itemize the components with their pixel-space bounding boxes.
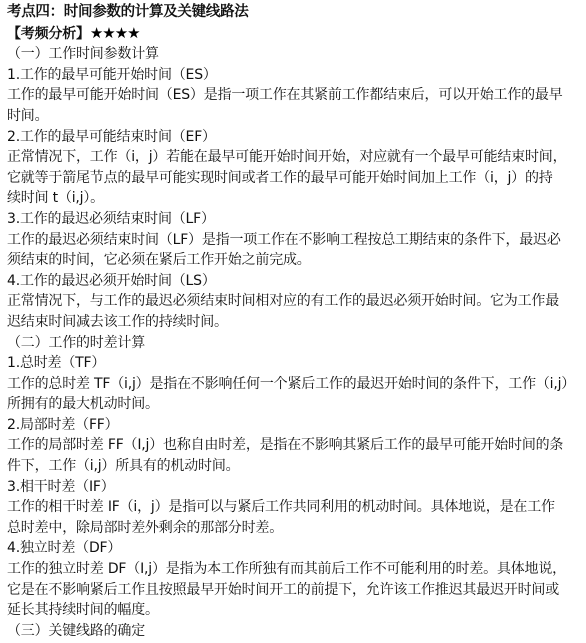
paragraph-line: 工作的最迟必须结束时间（LF）是指一项工作在不影响工程按总工期结束的条件下，最迟… — [7, 230, 580, 251]
document-page: 考点四：时间参数的计算及关键线路法 【考频分析】★★★★ （一）工作时间参数计算… — [0, 0, 586, 641]
paragraph-line: 它是在不影响紧后工作且按照最早开始时间开工的前提下，允许该工作推迟其最迟开时间或 — [7, 580, 580, 601]
item-heading-tf: 1.总时差（TF） — [7, 353, 580, 374]
paragraph-line: 工作的总时差 TF（i,j）是指在不影响任何一个紧后工作的最迟开始时间的条件下，… — [7, 374, 580, 395]
paragraph-line: 工作的局部时差 FF（I,j）也称自由时差，是指在不影响其紧后工作的最早可能开始… — [7, 435, 580, 456]
item-heading-ff: 2.局部时差（FF） — [7, 415, 580, 436]
paragraph-line: 工作的最早可能开始时间（ES）是指一项工作在其紧前工作都结束后，可以开始工作的最… — [7, 85, 580, 106]
paragraph-line: 续时间 t（i,j）。 — [7, 188, 580, 209]
paragraph-line: 它就等于箭尾节点的最早可能实现时间或者工作的最早可能开始时间加上工作（i，j）的… — [7, 168, 580, 189]
item-heading-lf: 3.工作的最迟必须结束时间（LF） — [7, 209, 580, 230]
paragraph-line: 迟结束时间减去该工作的持续时间。 — [7, 312, 580, 333]
paragraph-line: 正常情况下，与工作的最迟必须结束时间相对应的有工作的最迟必须开始时间。它为工作最 — [7, 291, 580, 312]
paragraph-line: 延长其持续时间的幅度。 — [7, 600, 580, 621]
paragraph-line: 须结束的时间，它必须在紧后工作开始之前完成。 — [7, 250, 580, 271]
section-heading-2: （二）工作的时差计算 — [7, 333, 580, 354]
paragraph-line: 工作的独立时差 DF（I,j）是指为本工作所独有而其前后工作不可能利用的时差。具… — [7, 559, 580, 580]
paragraph-line: 工作的相干时差 IF（i，j）是指可以与紧后工作共同利用的机动时间。具体地说，是… — [7, 497, 580, 518]
frequency-label: 【考频分析】 — [7, 26, 90, 42]
item-heading-es: 1.工作的最早可能开始时间（ES） — [7, 65, 580, 86]
item-heading-df: 4.独立时差（DF） — [7, 538, 580, 559]
star-rating-icon: ★★★★ — [90, 24, 140, 42]
item-heading-ls: 4.工作的最迟必须开始时间（LS） — [7, 271, 580, 292]
item-heading-ef: 2.工作的最早可能结束时间（EF） — [7, 127, 580, 148]
paragraph-line: 件下，工作（i,j）所具有的机动时间。 — [7, 456, 580, 477]
section-heading-3: （三）关键线路的确定 — [7, 621, 580, 642]
paragraph-line: 正常情况下，工作（i，j）若能在最早可能开始时间开始，对应就有一个最早可能结束时… — [7, 147, 580, 168]
paragraph-line: 总时差中，除局部时差外剩余的那部分时差。 — [7, 518, 580, 539]
item-heading-if: 3.相干时差（IF） — [7, 477, 580, 498]
paragraph-line: 所拥有的最大机动时间。 — [7, 394, 580, 415]
section-heading-1: （一）工作时间参数计算 — [7, 44, 580, 65]
frequency-analysis: 【考频分析】★★★★ — [7, 23, 580, 45]
paragraph-line: 时间。 — [7, 106, 580, 127]
page-title: 考点四：时间参数的计算及关键线路法 — [7, 2, 580, 23]
